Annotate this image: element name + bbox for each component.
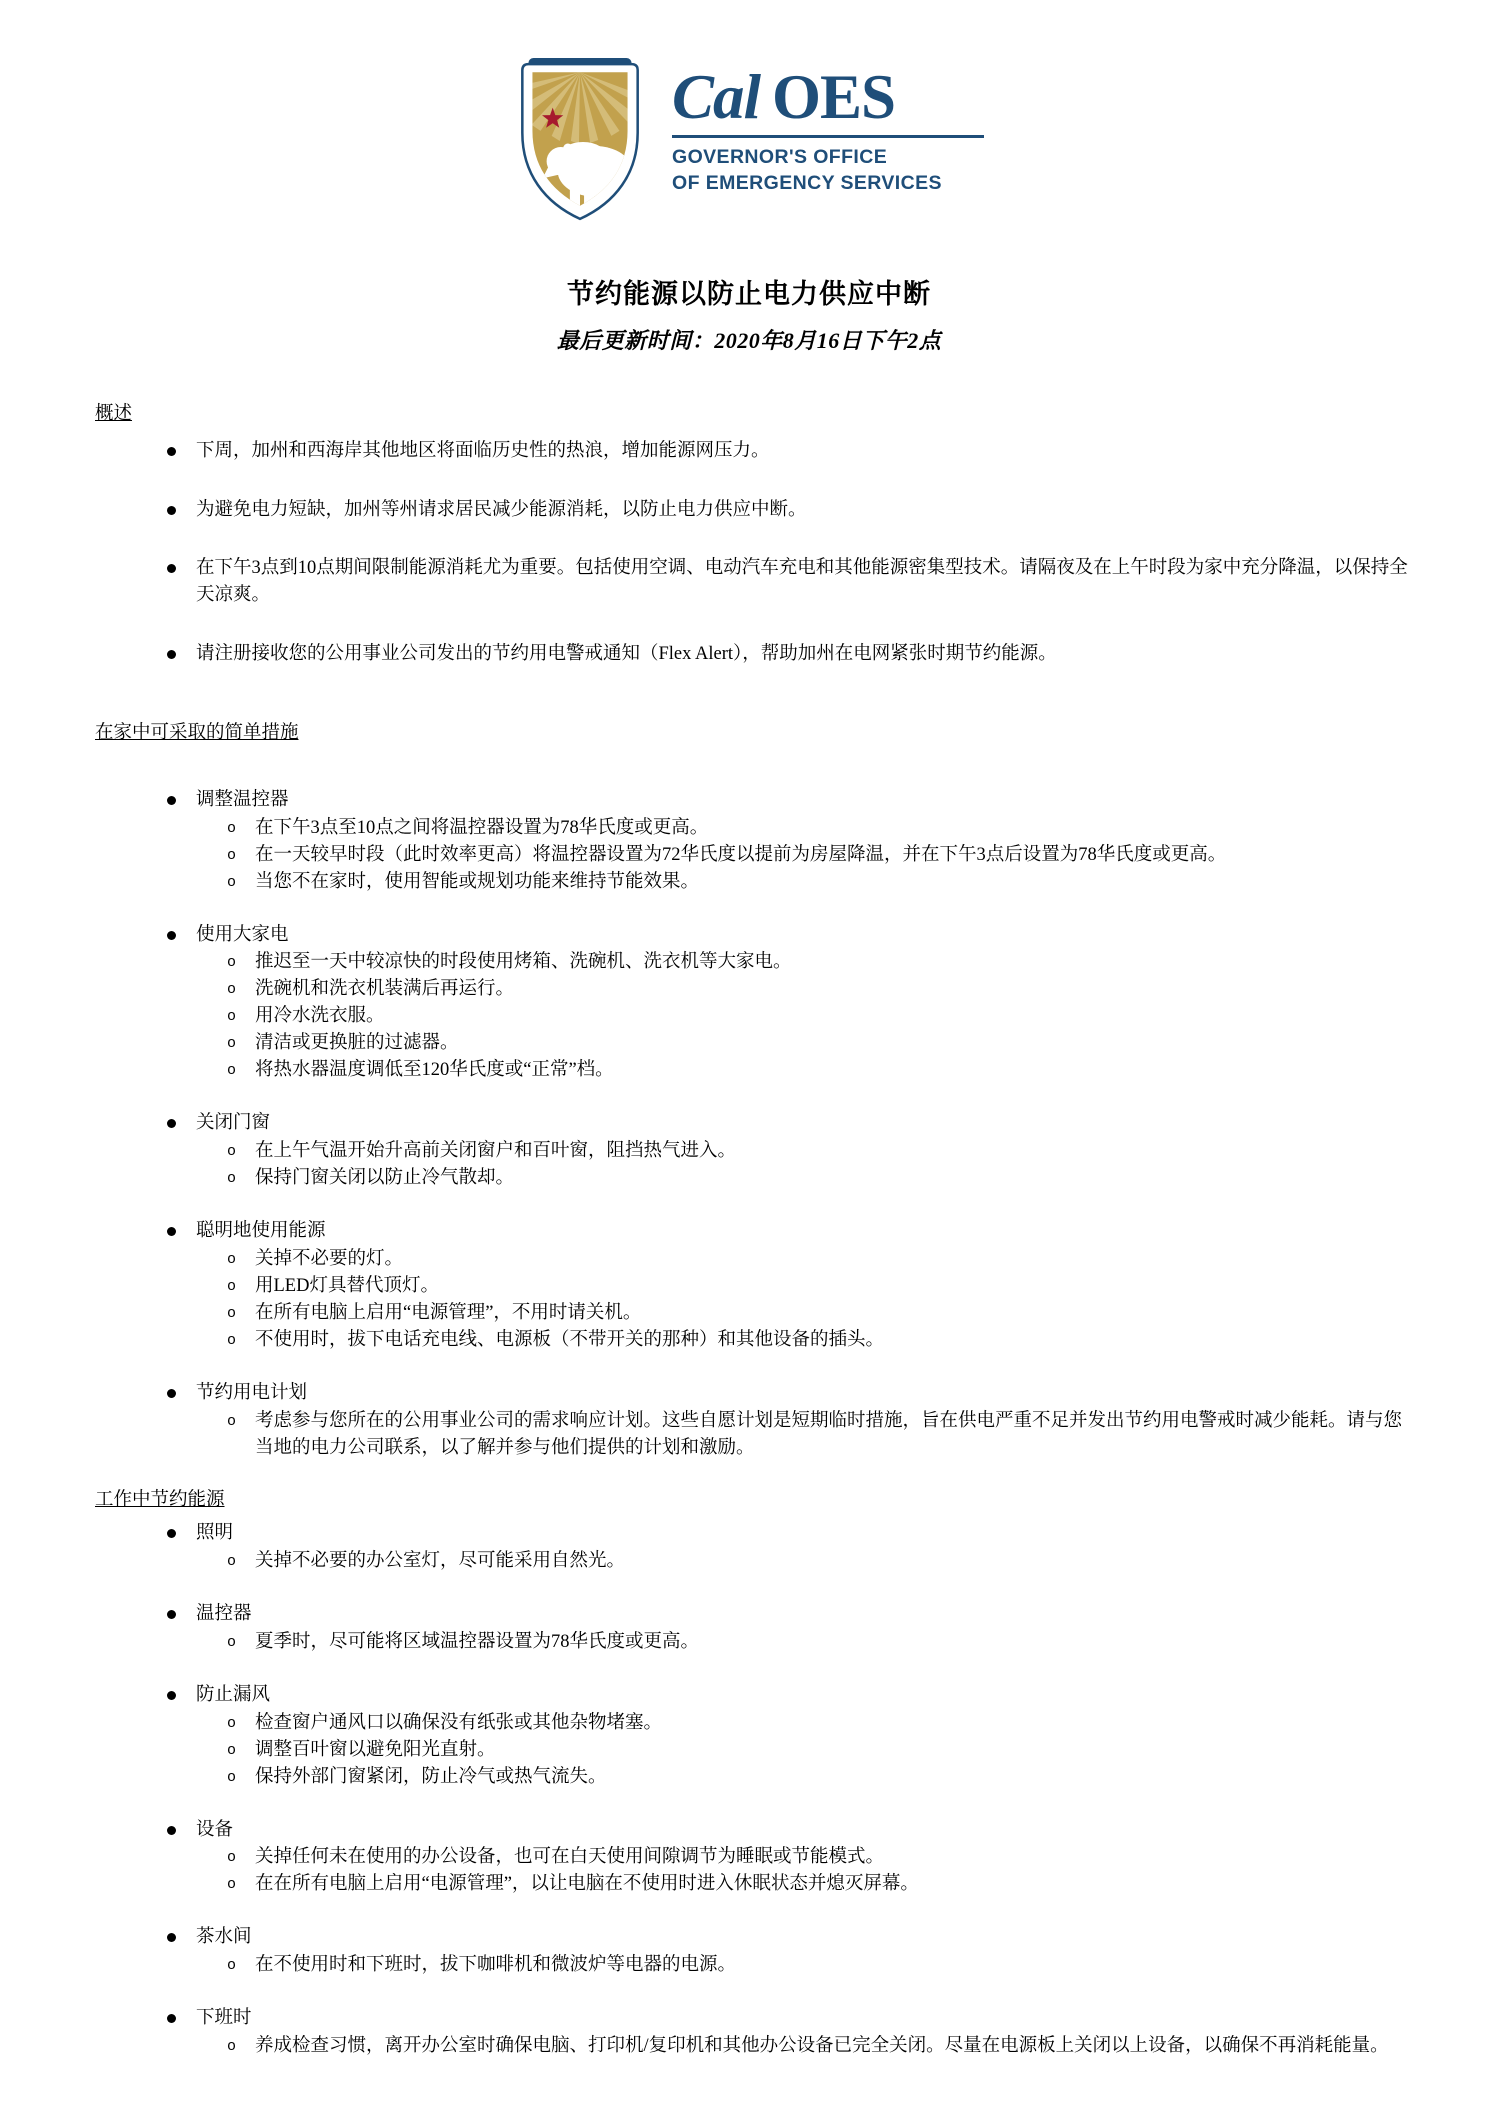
- disc-bullet-icon: [167, 796, 176, 805]
- section-3-heading: 工作中节约能源: [95, 1487, 1410, 1514]
- circle-bullet-icon: o: [227, 1030, 241, 1057]
- disc-bullet-icon: [167, 1826, 176, 1835]
- disc-bullet-icon: [167, 2014, 176, 2023]
- bullet-text: 防止漏风: [176, 1682, 270, 1709]
- brand-name: CalOES: [672, 66, 984, 138]
- circle-bullet-icon: o: [227, 2033, 241, 2060]
- sub-bullet-list: o关掉任何未在使用的办公设备，也可在白天使用间隙调节为睡眠或节能模式。o在在所有…: [95, 1844, 1410, 1898]
- sub-bullet-item: o检查窗户通风口以确保没有纸张或其他杂物堵塞。: [95, 1710, 1410, 1737]
- sub-bullet-text: 在一天较早时段（此时效率更高）将温控器设置为72华氏度以提前为房屋降温，并在下午…: [241, 842, 1226, 869]
- disc-bullet-icon: [167, 1933, 176, 1942]
- circle-bullet-icon: o: [227, 1871, 241, 1898]
- sub-bullet-text: 在上午气温开始升高前关闭窗户和百叶窗，阻挡热气进入。: [241, 1138, 736, 1165]
- circle-bullet-icon: o: [227, 1629, 241, 1656]
- sub-bullet-text: 考虑参与您所在的公用事业公司的需求响应计划。这些自愿计划是短期临时措施，旨在供电…: [241, 1408, 1410, 1462]
- sub-bullet-text: 保持门窗关闭以防止冷气散却。: [241, 1165, 514, 1192]
- cal-oes-shield-logo: [514, 56, 646, 228]
- sub-bullet-text: 将热水器温度调低至120华氏度或“正常”档。: [241, 1057, 614, 1084]
- tagline-line1: GOVERNOR'S OFFICE: [672, 145, 984, 171]
- circle-bullet-icon: o: [227, 1710, 241, 1737]
- circle-bullet-icon: o: [227, 869, 241, 896]
- bullet-text: 下周，加州和西海岸其他地区将面临历史性的热浪，增加能源网压力。: [176, 438, 770, 465]
- sub-bullet-list: o在上午气温开始升高前关闭窗户和百叶窗，阻挡热气进入。o保持门窗关闭以防止冷气散…: [95, 1138, 1410, 1192]
- bullet-text: 温控器: [176, 1601, 252, 1628]
- sub-bullet-text: 清洁或更换脏的过滤器。: [241, 1030, 459, 1057]
- sub-bullet-list: o考虑参与您所在的公用事业公司的需求响应计划。这些自愿计划是短期临时措施，旨在供…: [95, 1408, 1410, 1462]
- circle-bullet-icon: o: [227, 1737, 241, 1764]
- sub-bullet-text: 洗碗机和洗衣机装满后再运行。: [241, 976, 514, 1003]
- bullet-text: 节约用电计划: [176, 1380, 307, 1407]
- sub-bullet-item: o调整百叶窗以避免阳光直射。: [95, 1737, 1410, 1764]
- bullet-text: 为避免电力短缺，加州等州请求居民减少能源消耗，以防止电力供应中断。: [176, 497, 807, 524]
- circle-bullet-icon: o: [227, 1300, 241, 1327]
- cal-oes-logo: CalOES GOVERNOR'S OFFICE OF EMERGENCY SE…: [0, 0, 1498, 228]
- bullet-item: 下班时o养成检查习惯，离开办公室时确保电脑、打印机/复印机和其他办公设备已完全关…: [95, 2005, 1410, 2060]
- sub-bullet-item: o夏季时，尽可能将区域温控器设置为78华氏度或更高。: [95, 1629, 1410, 1656]
- disc-bullet-icon: [167, 447, 176, 456]
- bullet-item: 茶水间o在不使用时和下班时，拔下咖啡机和微波炉等电器的电源。: [95, 1924, 1410, 1979]
- circle-bullet-icon: o: [227, 1138, 241, 1165]
- last-updated: 最后更新时间：2020年8月16日下午2点: [0, 324, 1498, 355]
- sub-bullet-item: o保持外部门窗紧闭，防止冷气或热气流失。: [95, 1764, 1410, 1791]
- brand-cal: Cal: [672, 62, 760, 132]
- disc-bullet-icon: [167, 650, 176, 659]
- sub-bullet-text: 关掉任何未在使用的办公设备，也可在白天使用间隙调节为睡眠或节能模式。: [241, 1844, 884, 1871]
- sub-bullet-text: 当您不在家时，使用智能或规划功能来维持节能效果。: [241, 869, 699, 896]
- disc-bullet-icon: [167, 506, 176, 515]
- circle-bullet-icon: o: [227, 976, 241, 1003]
- bullet-text: 茶水间: [176, 1924, 252, 1951]
- sub-bullet-item: o用LED灯具替代顶灯。: [95, 1273, 1410, 1300]
- sub-bullet-text: 用LED灯具替代顶灯。: [241, 1273, 439, 1300]
- bullet-item: 设备o关掉任何未在使用的办公设备，也可在白天使用间隙调节为睡眠或节能模式。o在在…: [95, 1817, 1410, 1899]
- sub-bullet-item: o在上午气温开始升高前关闭窗户和百叶窗，阻挡热气进入。: [95, 1138, 1410, 1165]
- bullet-list: 调整温控器o在下午3点至10点之间将温控器设置为78华氏度或更高。o在一天较早时…: [95, 787, 1410, 1462]
- sub-bullet-list: o夏季时，尽可能将区域温控器设置为78华氏度或更高。: [95, 1629, 1410, 1656]
- brand-oes: OES: [772, 62, 895, 132]
- sub-bullet-item: o保持门窗关闭以防止冷气散却。: [95, 1165, 1410, 1192]
- sub-bullet-list: o推迟至一天中较凉快的时段使用烤箱、洗碗机、洗衣机等大家电。o洗碗机和洗衣机装满…: [95, 949, 1410, 1084]
- bullet-item: 使用大家电o推迟至一天中较凉快的时段使用烤箱、洗碗机、洗衣机等大家电。o洗碗机和…: [95, 922, 1410, 1085]
- circle-bullet-icon: o: [227, 1057, 241, 1084]
- sub-bullet-text: 养成检查习惯，离开办公室时确保电脑、打印机/复印机和其他办公设备已完全关闭。尽量…: [241, 2033, 1389, 2060]
- sub-bullet-item: o在在所有电脑上启用“电源管理”，以让电脑在不使用时进入休眠状态并熄灭屏幕。: [95, 1871, 1410, 1898]
- circle-bullet-icon: o: [227, 1408, 241, 1435]
- document-body: 概述下周，加州和西海岸其他地区将面临历史性的热浪，增加能源网压力。为避免电力短缺…: [0, 401, 1498, 2060]
- sub-bullet-item: o考虑参与您所在的公用事业公司的需求响应计划。这些自愿计划是短期临时措施，旨在供…: [95, 1408, 1410, 1462]
- disc-bullet-icon: [167, 1389, 176, 1398]
- sub-bullet-text: 关掉不必要的办公室灯，尽可能采用自然光。: [241, 1548, 625, 1575]
- sub-bullet-item: o在不使用时和下班时，拔下咖啡机和微波炉等电器的电源。: [95, 1952, 1410, 1979]
- sub-bullet-list: o在不使用时和下班时，拔下咖啡机和微波炉等电器的电源。: [95, 1952, 1410, 1979]
- bullet-text: 请注册接收您的公用事业公司发出的节约用电警戒通知（Flex Alert），帮助加…: [176, 641, 1057, 668]
- bullet-item: 为避免电力短缺，加州等州请求居民减少能源消耗，以防止电力供应中断。: [95, 497, 1410, 524]
- circle-bullet-icon: o: [227, 1764, 241, 1791]
- bullet-item: 在下午3点到10点期间限制能源消耗尤为重要。包括使用空调、电动汽车充电和其他能源…: [95, 555, 1410, 609]
- bullet-item: 防止漏风o检查窗户通风口以确保没有纸张或其他杂物堵塞。o调整百叶窗以避免阳光直射…: [95, 1682, 1410, 1791]
- bullet-text: 关闭门窗: [176, 1110, 270, 1137]
- sub-bullet-text: 夏季时，尽可能将区域温控器设置为78华氏度或更高。: [241, 1629, 699, 1656]
- sub-bullet-text: 在下午3点至10点之间将温控器设置为78华氏度或更高。: [241, 815, 708, 842]
- circle-bullet-icon: o: [227, 1844, 241, 1871]
- sub-bullet-item: o在所有电脑上启用“电源管理”，不用时请关机。: [95, 1300, 1410, 1327]
- sub-bullet-text: 保持外部门窗紧闭，防止冷气或热气流失。: [241, 1764, 607, 1791]
- circle-bullet-icon: o: [227, 1003, 241, 1030]
- sub-bullet-item: o关掉不必要的灯。: [95, 1246, 1410, 1273]
- bullet-item: 关闭门窗o在上午气温开始升高前关闭窗户和百叶窗，阻挡热气进入。o保持门窗关闭以防…: [95, 1110, 1410, 1192]
- disc-bullet-icon: [167, 931, 176, 940]
- disc-bullet-icon: [167, 1691, 176, 1700]
- brand-tagline: GOVERNOR'S OFFICE OF EMERGENCY SERVICES: [672, 145, 984, 196]
- bullet-text: 照明: [176, 1520, 233, 1547]
- document-title: 节约能源以防止电力供应中断: [0, 272, 1498, 311]
- bullet-item: 聪明地使用能源o关掉不必要的灯。o用LED灯具替代顶灯。o在所有电脑上启用“电源…: [95, 1218, 1410, 1354]
- sub-bullet-list: o检查窗户通风口以确保没有纸张或其他杂物堵塞。o调整百叶窗以避免阳光直射。o保持…: [95, 1710, 1410, 1791]
- bullet-text: 调整温控器: [176, 787, 289, 814]
- circle-bullet-icon: o: [227, 1273, 241, 1300]
- disc-bullet-icon: [167, 1227, 176, 1236]
- bullet-item: 温控器o夏季时，尽可能将区域温控器设置为78华氏度或更高。: [95, 1601, 1410, 1656]
- sub-bullet-list: o在下午3点至10点之间将温控器设置为78华氏度或更高。o在一天较早时段（此时效…: [95, 815, 1410, 896]
- sub-bullet-item: o将热水器温度调低至120华氏度或“正常”档。: [95, 1057, 1410, 1084]
- section-3: 工作中节约能源照明o关掉不必要的办公室灯，尽可能采用自然光。温控器o夏季时，尽可…: [95, 1487, 1410, 2060]
- bullet-item: 节约用电计划o考虑参与您所在的公用事业公司的需求响应计划。这些自愿计划是短期临时…: [95, 1380, 1410, 1461]
- sub-bullet-item: o清洁或更换脏的过滤器。: [95, 1030, 1410, 1057]
- bullet-item: 请注册接收您的公用事业公司发出的节约用电警戒通知（Flex Alert），帮助加…: [95, 641, 1410, 668]
- document-page: CalOES GOVERNOR'S OFFICE OF EMERGENCY SE…: [0, 0, 1498, 2117]
- circle-bullet-icon: o: [227, 1246, 241, 1273]
- sub-bullet-list: o关掉不必要的灯。o用LED灯具替代顶灯。o在所有电脑上启用“电源管理”，不用时…: [95, 1246, 1410, 1354]
- disc-bullet-icon: [167, 1610, 176, 1619]
- disc-bullet-icon: [167, 1119, 176, 1128]
- sub-bullet-item: o用冷水洗衣服。: [95, 1003, 1410, 1030]
- sub-bullet-text: 不使用时，拔下电话充电线、电源板（不带开关的那种）和其他设备的插头。: [241, 1327, 884, 1354]
- bullet-text: 聪明地使用能源: [176, 1218, 326, 1245]
- sub-bullet-item: o关掉不必要的办公室灯，尽可能采用自然光。: [95, 1548, 1410, 1575]
- sub-bullet-text: 在所有电脑上启用“电源管理”，不用时请关机。: [241, 1300, 641, 1327]
- bullet-item: 照明o关掉不必要的办公室灯，尽可能采用自然光。: [95, 1520, 1410, 1575]
- circle-bullet-icon: o: [227, 1165, 241, 1192]
- sub-bullet-text: 推迟至一天中较凉快的时段使用烤箱、洗碗机、洗衣机等大家电。: [241, 949, 792, 976]
- sub-bullet-item: o关掉任何未在使用的办公设备，也可在白天使用间隙调节为睡眠或节能模式。: [95, 1844, 1410, 1871]
- sub-bullet-item: o推迟至一天中较凉快的时段使用烤箱、洗碗机、洗衣机等大家电。: [95, 949, 1410, 976]
- sub-bullet-text: 调整百叶窗以避免阳光直射。: [241, 1737, 496, 1764]
- circle-bullet-icon: o: [227, 1548, 241, 1575]
- sub-bullet-item: o在下午3点至10点之间将温控器设置为78华氏度或更高。: [95, 815, 1410, 842]
- sub-bullet-item: o不使用时，拔下电话充电线、电源板（不带开关的那种）和其他设备的插头。: [95, 1327, 1410, 1354]
- bullet-item: 调整温控器o在下午3点至10点之间将温控器设置为78华氏度或更高。o在一天较早时…: [95, 787, 1410, 896]
- sub-bullet-text: 在在所有电脑上启用“电源管理”，以让电脑在不使用时进入休眠状态并熄灭屏幕。: [241, 1871, 919, 1898]
- sub-bullet-item: o当您不在家时，使用智能或规划功能来维持节能效果。: [95, 869, 1410, 896]
- sub-bullet-text: 用冷水洗衣服。: [241, 1003, 385, 1030]
- bullet-text: 设备: [176, 1817, 233, 1844]
- tagline-line2: OF EMERGENCY SERVICES: [672, 171, 984, 197]
- circle-bullet-icon: o: [227, 1952, 241, 1979]
- section-1: 概述下周，加州和西海岸其他地区将面临历史性的热浪，增加能源网压力。为避免电力短缺…: [95, 401, 1410, 668]
- section-2-heading: 在家中可采取的简单措施: [95, 720, 1410, 747]
- bullet-item: 下周，加州和西海岸其他地区将面临历史性的热浪，增加能源网压力。: [95, 438, 1410, 465]
- cal-oes-wordmark: CalOES GOVERNOR'S OFFICE OF EMERGENCY SE…: [672, 56, 984, 196]
- sub-bullet-item: o洗碗机和洗衣机装满后再运行。: [95, 976, 1410, 1003]
- bullet-list: 下周，加州和西海岸其他地区将面临历史性的热浪，增加能源网压力。为避免电力短缺，加…: [95, 438, 1410, 668]
- sub-bullet-text: 在不使用时和下班时，拔下咖啡机和微波炉等电器的电源。: [241, 1952, 736, 1979]
- bullet-text: 在下午3点到10点期间限制能源消耗尤为重要。包括使用空调、电动汽车充电和其他能源…: [176, 555, 1410, 609]
- sub-bullet-text: 关掉不必要的灯。: [241, 1246, 403, 1273]
- sub-bullet-text: 检查窗户通风口以确保没有纸张或其他杂物堵塞。: [241, 1710, 662, 1737]
- circle-bullet-icon: o: [227, 949, 241, 976]
- sub-bullet-item: o养成检查习惯，离开办公室时确保电脑、打印机/复印机和其他办公设备已完全关闭。尽…: [95, 2033, 1410, 2060]
- sub-bullet-list: o关掉不必要的办公室灯，尽可能采用自然光。: [95, 1548, 1410, 1575]
- sub-bullet-item: o在一天较早时段（此时效率更高）将温控器设置为72华氏度以提前为房屋降温，并在下…: [95, 842, 1410, 869]
- section-1-heading: 概述: [95, 401, 1410, 428]
- disc-bullet-icon: [167, 1529, 176, 1538]
- disc-bullet-icon: [167, 564, 176, 573]
- circle-bullet-icon: o: [227, 815, 241, 842]
- sub-bullet-list: o养成检查习惯，离开办公室时确保电脑、打印机/复印机和其他办公设备已完全关闭。尽…: [95, 2033, 1410, 2060]
- circle-bullet-icon: o: [227, 842, 241, 869]
- section-2: 在家中可采取的简单措施调整温控器o在下午3点至10点之间将温控器设置为78华氏度…: [95, 720, 1410, 1462]
- bullet-text: 下班时: [176, 2005, 252, 2032]
- circle-bullet-icon: o: [227, 1327, 241, 1354]
- bullet-list: 照明o关掉不必要的办公室灯，尽可能采用自然光。温控器o夏季时，尽可能将区域温控器…: [95, 1520, 1410, 2060]
- bullet-text: 使用大家电: [176, 922, 289, 949]
